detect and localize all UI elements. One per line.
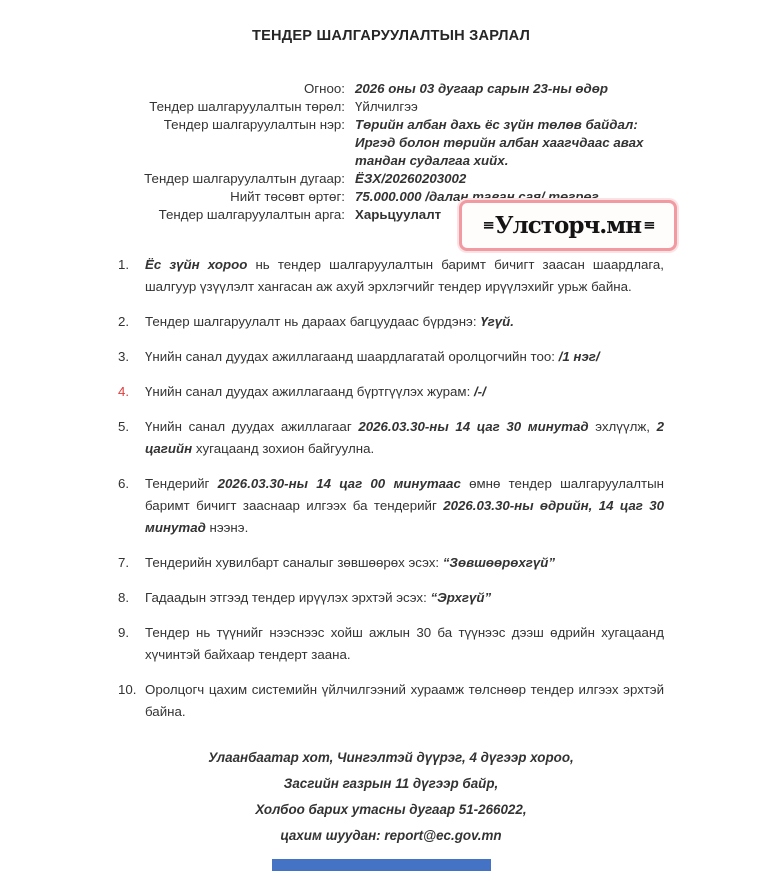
list-item-text: Үнийн санал дуудах ажиллагаанд шаардлага…: [145, 346, 664, 368]
footer-line: Засгийн газрын 11 дүгээр байр,: [118, 771, 664, 797]
list-item: 4.Үнийн санал дуудах ажиллагаанд бүртгүү…: [118, 381, 664, 403]
meta-label: Тендер шалгаруулалтын нэр:: [118, 116, 345, 170]
list-item-text: Үнийн санал дуудах ажиллагаанд бүртгүүлэ…: [145, 381, 664, 403]
list-item-text: Тендер нь түүнийг нээснээс хойш ажлын 30…: [145, 622, 664, 666]
meta-label: Нийт төсөвт өртөг:: [118, 188, 345, 206]
list-item-number: 5.: [118, 416, 145, 460]
list-item-number: 7.: [118, 552, 145, 574]
list-item-number: 8.: [118, 587, 145, 609]
list-item: 3.Үнийн санал дуудах ажиллагаанд шаардла…: [118, 346, 664, 368]
list-item-number: 6.: [118, 473, 145, 539]
list-item: 7.Тендерийн хувилбарт саналыг зөвшөөрөх …: [118, 552, 664, 574]
list-item-text: Гадаадын этгээд тендер ирүүлэх эрхтэй эс…: [145, 587, 664, 609]
list-item: 5.Үнийн санал дуудах ажиллагааг 2026.03.…: [118, 416, 664, 460]
list-item: 6.Тендерийг 2026.03.30-ны 14 цаг 00 мину…: [118, 473, 664, 539]
footer-line: Улаанбаатар хот, Чингэлтэй дүүрэг, 4 дүг…: [118, 745, 664, 771]
page-title: ТЕНДЕР ШАЛГАРУУЛАЛТЫН ЗАРЛАЛ: [118, 28, 664, 45]
list-item: 1.Ёс зүйн хороо нь тендер шалгаруулалтын…: [118, 254, 664, 298]
list-item-number: 2.: [118, 311, 145, 333]
list-item-number: 3.: [118, 346, 145, 368]
list-item: 10.Оролцогч цахим системийн үйлчилгээний…: [118, 679, 664, 723]
meta-label: Тендер шалгаруулалтын арга:: [118, 206, 345, 224]
list-item-text: Ёс зүйн хороо нь тендер шалгаруулалтын б…: [145, 254, 664, 298]
meta-value: 2026 оны 03 дугаар сарын 23-ны өдөр: [355, 80, 664, 98]
meta-value: Төрийн албан дахь ёс зүйн төлөв байдал: …: [355, 116, 664, 170]
list-item: 8.Гадаадын этгээд тендер ирүүлэх эрхтэй …: [118, 587, 664, 609]
meta-value: Үйлчилгээ: [355, 98, 664, 116]
document-page: ТЕНДЕР ШАЛГАРУУЛАЛТЫН ЗАРЛАЛ Огноо:2026 …: [118, 0, 664, 849]
list-item: 9.Тендер нь түүнийг нээснээс хойш ажлын …: [118, 622, 664, 666]
list-item: 2.Тендер шалгаруулалт нь дараах багцууда…: [118, 311, 664, 333]
list-item-text: Тендер шалгаруулалт нь дараах багцуудаас…: [145, 311, 664, 333]
meta-label: Огноо:: [118, 80, 345, 98]
list-item-number: 9.: [118, 622, 145, 666]
list-item-text: Тендерийг 2026.03.30-ны 14 цаг 00 минута…: [145, 473, 664, 539]
meta-label: Тендер шалгаруулалтын төрөл:: [118, 98, 345, 116]
footer-line: Холбоо барих утасны дугаар 51-266022,: [118, 797, 664, 823]
list-item-text: Үнийн санал дуудах ажиллагааг 2026.03.30…: [145, 416, 664, 460]
watermark-right-wing-icon: ≡: [643, 216, 654, 234]
meta-value: ЁЗХ/20260203002: [355, 170, 664, 188]
meta-label: Тендер шалгаруулалтын дугаар:: [118, 170, 345, 188]
list-item-text: Оролцогч цахим системийн үйлчилгээний ху…: [145, 679, 664, 723]
list-item-number: 1.: [118, 254, 145, 298]
bottom-bar: [272, 859, 491, 871]
list-item-number: 10.: [118, 679, 145, 723]
watermark-left-wing-icon: ≡: [482, 216, 493, 234]
footer-address: Улаанбаатар хот, Чингэлтэй дүүрэг, 4 дүг…: [118, 745, 664, 849]
numbered-list: 1.Ёс зүйн хороо нь тендер шалгаруулалтын…: [118, 254, 664, 723]
list-item-text: Тендерийн хувилбарт саналыг зөвшөөрөх эс…: [145, 552, 664, 574]
watermark-stamp: ≡ Улсторч.мн ≡: [459, 200, 677, 251]
footer-line: цахим шуудан: report@ec.gov.mn: [118, 823, 664, 849]
list-item-number: 4.: [118, 381, 145, 403]
watermark-text: Улсторч.мн: [495, 212, 641, 239]
